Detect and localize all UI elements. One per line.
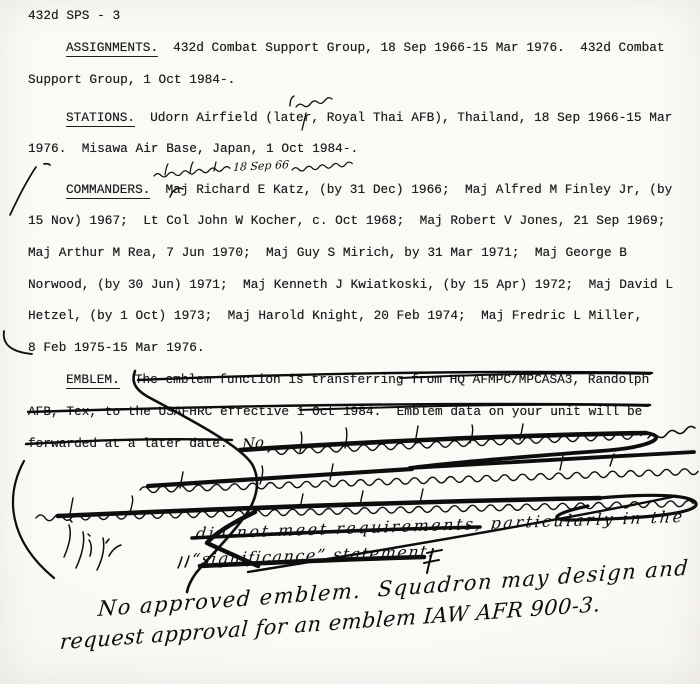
- assignments-text-1: 432d Combat Support Group, 18 Sep 1966-1…: [173, 40, 664, 55]
- commanders-line-2: 15 Nov) 1967; Lt Col John W Kocher, c. O…: [28, 213, 665, 229]
- emblem-heading: EMBLEM.: [66, 372, 120, 389]
- emblem-line-1: EMBLEM.The emblem function is transferri…: [66, 372, 649, 388]
- handwritten-struck-note-2: “significance” statement.: [191, 541, 436, 569]
- handwritten-struck-note-1: did not meet requirements, particularly …: [195, 507, 686, 543]
- margin-slash-mark: [10, 164, 50, 215]
- assignments-heading: ASSIGNMENTS.: [66, 40, 158, 57]
- handwritten-fragment-no: No: [242, 433, 264, 454]
- scribble-row-2: [140, 452, 698, 493]
- commanders-text-1: Maj Richard E Katz, (by 31 Dec) 1966; Ma…: [165, 182, 672, 197]
- scribble-row-1: [240, 424, 695, 468]
- commanders-line-6: 8 Feb 1975-15 Mar 1976.: [28, 340, 205, 356]
- commanders-line-1: COMMANDERS.Maj Richard E Katz, (by 31 De…: [66, 182, 672, 198]
- page-header: 432d SPS - 3: [28, 8, 120, 24]
- commanders-line-3: Maj Arthur M Rea, 7 Jun 1970; Maj Guy S …: [28, 245, 627, 261]
- emblem-struck-text-3: forwarded at a later date.: [28, 436, 228, 452]
- commanders-line-5: Hetzel, (by 1 Oct) 1973; Maj Harold Knig…: [28, 308, 642, 324]
- stations-line-1: STATIONS.Udorn Airfield (later, Royal Th…: [66, 110, 672, 126]
- scanned-document-page: 432d SPS - 3 ASSIGNMENTS.432d Combat Sup…: [0, 0, 700, 684]
- stations-heading: STATIONS.: [66, 110, 135, 127]
- commanders-line-4: Norwood, (by 30 Jun) 1971; Maj Kenneth J…: [28, 277, 673, 293]
- margin-paren-and-initials: [13, 461, 121, 578]
- handwritten-insertion-date: 18 Sep 66: [233, 158, 290, 174]
- commanders-heading: COMMANDERS.: [66, 182, 150, 199]
- emblem-struck-text-1: The emblem function is transferring from…: [135, 372, 650, 387]
- emblem-struck-text-2: AFB, Tex, to the USAFHRC effective 1 Oct…: [28, 404, 642, 420]
- assignments-line-2: Support Group, 1 Oct 1984-.: [28, 72, 235, 88]
- assignments-line-1: ASSIGNMENTS.432d Combat Support Group, 1…: [66, 40, 665, 56]
- stations-text-1: Udorn Airfield (later, Royal Thai AFB), …: [150, 110, 672, 125]
- stations-line-2: 1976. Misawa Air Base, Japan, 1 Oct 1984…: [28, 141, 358, 157]
